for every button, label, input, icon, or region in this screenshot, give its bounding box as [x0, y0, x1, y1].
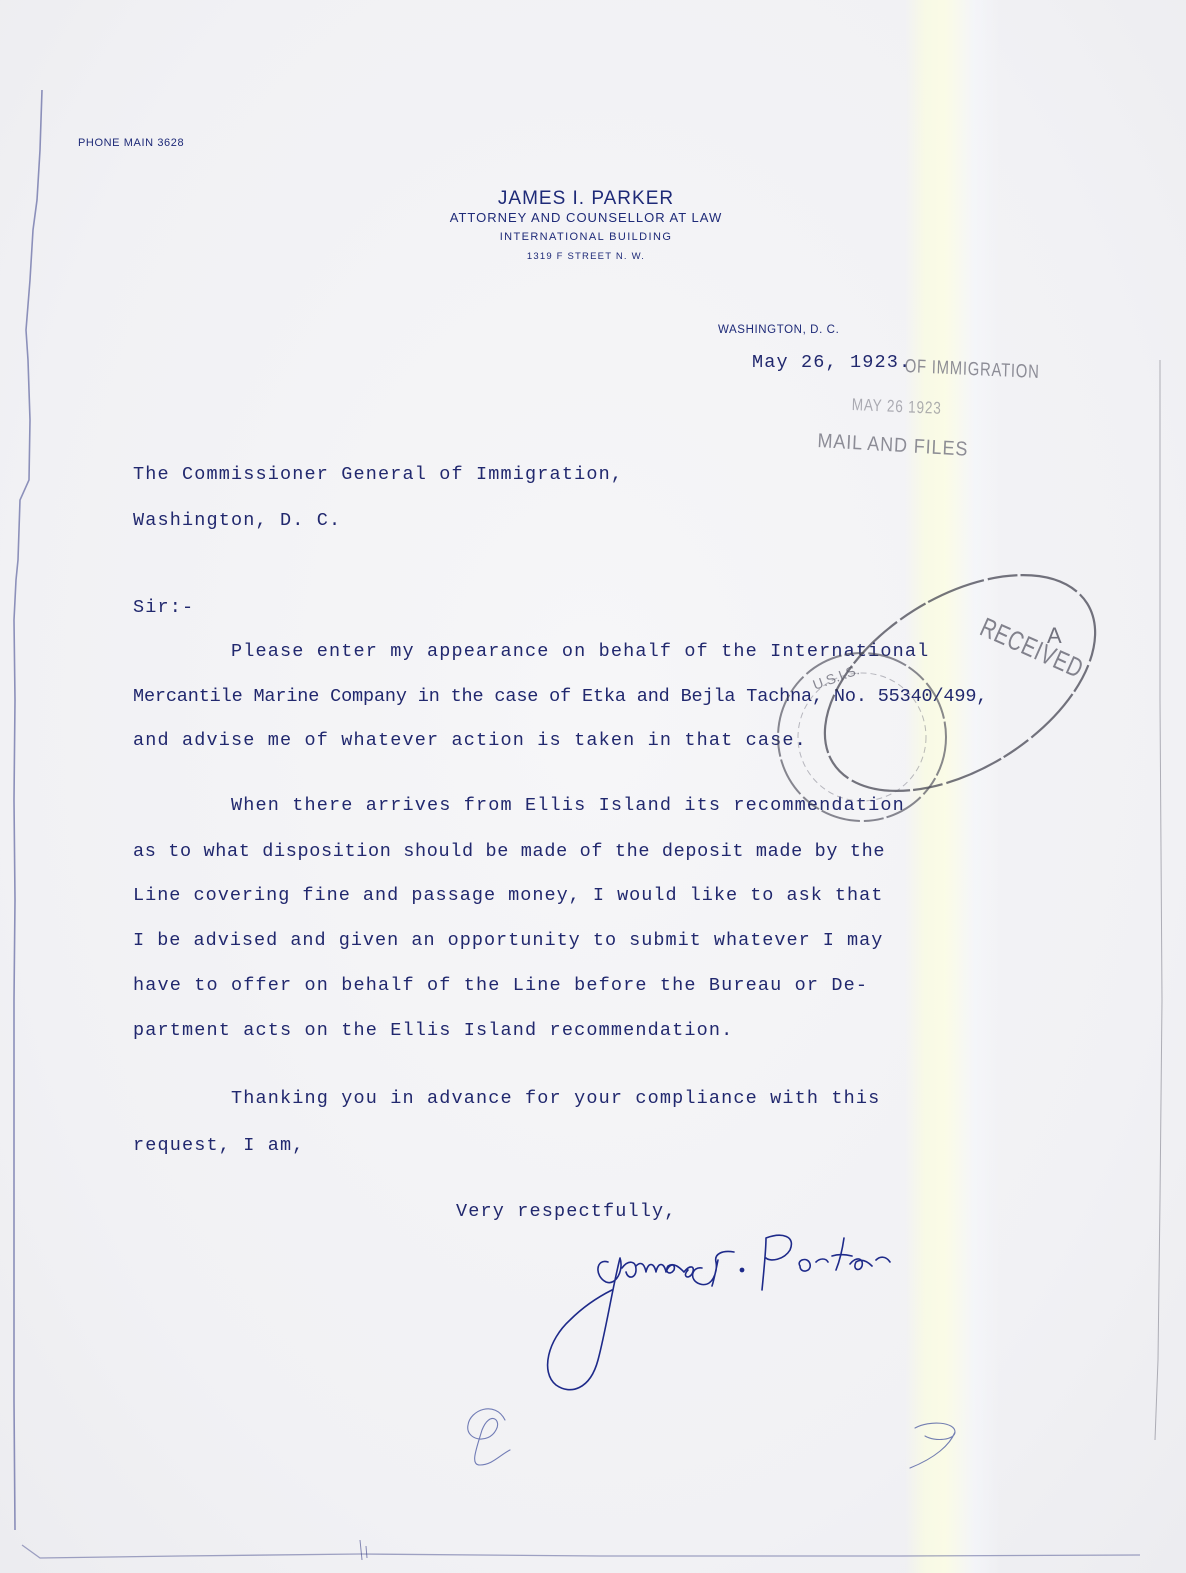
signature: [0, 0, 1186, 1573]
letter-page: PHONE MAIN 3628 JAMES I. PARKER ATTORNEY…: [0, 0, 1186, 1573]
